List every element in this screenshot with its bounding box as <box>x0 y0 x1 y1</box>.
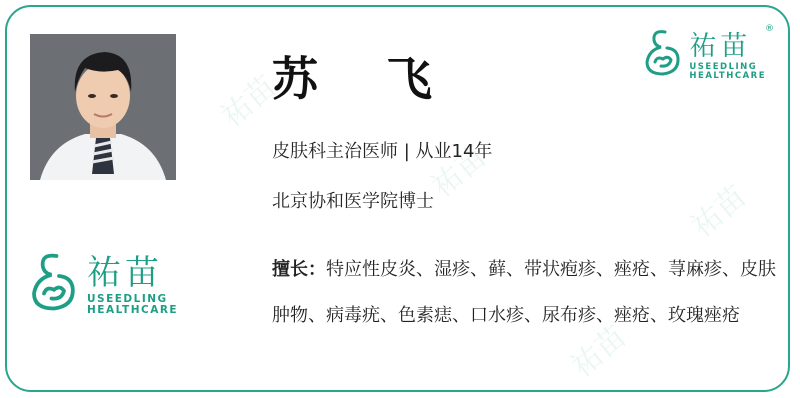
brand-logo-bottom: 祐苗 USEEDLING HEALTHCARE <box>29 245 178 316</box>
doctor-name: 苏 飞 <box>272 43 458 109</box>
doctor-portrait-icon <box>30 34 176 180</box>
registered-mark: ® <box>765 24 774 34</box>
watermark: 祐苗 <box>680 173 754 245</box>
doctor-photo <box>30 34 176 180</box>
doctor-specialties: 擅长：特应性皮炎、湿疹、藓、带状疱疹、痤疮、荨麻疹、皮肤肿物、病毒疣、色素痣、口… <box>272 247 787 339</box>
mother-baby-logo-icon <box>643 28 683 76</box>
brand-name-cn: 祐苗 <box>689 24 766 63</box>
mother-baby-logo-icon <box>29 251 79 311</box>
brand-name-en-2: HEALTHCARE <box>689 72 766 81</box>
brand-name-en-2: HEALTHCARE <box>87 305 178 316</box>
doctor-education: 北京协和医学院博士 <box>272 187 434 213</box>
doctor-card: 祐苗 祐苗 祐苗 祐苗 苏 飞 皮肤科主治医师 | 从业14年 北京协和医学院博… <box>5 5 790 392</box>
brand-logo-top: 祐苗 USEEDLING HEALTHCARE ® <box>643 24 766 81</box>
specialty-text: 特应性皮炎、湿疹、藓、带状疱疹、痤疮、荨麻疹、皮肤肿物、病毒疣、色素痣、口水疹、… <box>272 259 776 326</box>
specialty-label: 擅长： <box>272 259 326 280</box>
brand-name-cn: 祐苗 <box>87 245 178 294</box>
doctor-title: 皮肤科主治医师 | 从业14年 <box>272 137 492 163</box>
